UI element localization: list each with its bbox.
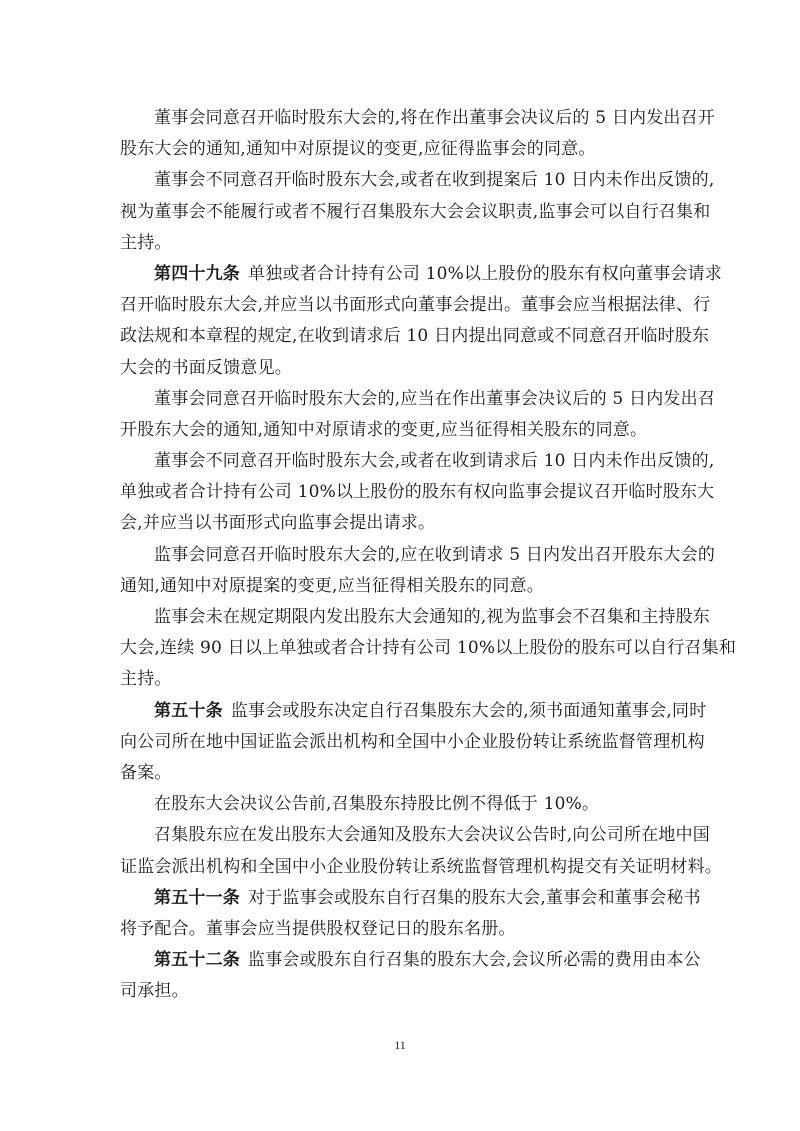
text-line: 开股东大会的通知,通知中对原请求的变更,应当征得相关股东的同意。 [120, 415, 685, 446]
article-text: 单独或者合计持有公司 10%以上股份的股东有权向董事会请求 [248, 264, 722, 284]
text-line: 董事会同意召开临时股东大会的,将在作出董事会决议后的 5 日内发出召开 [120, 103, 685, 134]
text-line: 主持。 [120, 664, 685, 695]
text-line: 主持。 [120, 228, 685, 259]
text-line: 第五十二条监事会或股东自行召集的股东大会,会议所必需的费用由本公 [120, 945, 685, 976]
paragraph: 在股东大会决议公告前,召集股东持股比例不得低于 10%。 [120, 789, 685, 820]
paragraph: 董事会同意召开临时股东大会的,将在作出董事会决议后的 5 日内发出召开 股东大会… [120, 103, 685, 165]
text-line: 向公司所在地中国证监会派出机构和全国中小企业股份转让系统监督管理机构 [120, 727, 685, 758]
paragraph: 监事会未在规定期限内发出股东大会通知的,视为监事会不召集和主持股东 大会,连续 … [120, 602, 685, 696]
text-line: 监事会同意召开临时股东大会的,应在收到请求 5 日内发出召开股东大会的 [120, 540, 685, 571]
text-line: 召开临时股东大会,并应当以书面形式向董事会提出。董事会应当根据法律、行 [120, 290, 685, 321]
text-line: 政法规和本章程的规定,在收到请求后 10 日内提出同意或不同意召开临时股东 [120, 321, 685, 352]
article-text: 监事会或股东自行召集的股东大会,会议所必需的费用由本公 [248, 950, 701, 970]
text-line: 第四十九条单独或者合计持有公司 10%以上股份的股东有权向董事会请求 [120, 259, 685, 290]
text-line: 召集股东应在发出股东大会通知及股东大会决议公告时,向公司所在地中国 [120, 820, 685, 851]
text-line: 董事会不同意召开临时股东大会,或者在收到请求后 10 日内未作出反馈的, [120, 446, 685, 477]
text-line: 董事会不同意召开临时股东大会,或者在收到提案后 10 日内未作出反馈的, [120, 165, 685, 196]
text-line: 视为董事会不能履行或者不履行召集股东大会会议职责,监事会可以自行召集和 [120, 197, 685, 228]
text-line: 单独或者合计持有公司 10%以上股份的股东有权向监事会提议召开临时股东大 [120, 477, 685, 508]
text-line: 董事会同意召开临时股东大会的,应当在作出董事会决议后的 5 日内发出召 [120, 384, 685, 415]
article-50: 第五十条监事会或股东决定自行召集股东大会的,须书面通知董事会,同时 向公司所在地… [120, 696, 685, 790]
article-49: 第四十九条单独或者合计持有公司 10%以上股份的股东有权向董事会请求 召开临时股… [120, 259, 685, 384]
document-body: 董事会同意召开临时股东大会的,将在作出董事会决议后的 5 日内发出召开 股东大会… [120, 103, 685, 1007]
article-52: 第五十二条监事会或股东自行召集的股东大会,会议所必需的费用由本公 司承担。 [120, 945, 685, 1007]
text-line: 第五十一条对于监事会或股东自行召集的股东大会,董事会和董事会秘书 [120, 883, 685, 914]
text-line: 监事会未在规定期限内发出股东大会通知的,视为监事会不召集和主持股东 [120, 602, 685, 633]
page-number: 11 [0, 1038, 800, 1053]
article-number: 第五十一条 [154, 888, 240, 908]
text-line: 大会的书面反馈意见。 [120, 353, 685, 384]
text-line: 大会,连续 90 日以上单独或者合计持有公司 10%以上股份的股东可以自行召集和 [120, 633, 685, 664]
text-line: 备案。 [120, 758, 685, 789]
paragraph: 召集股东应在发出股东大会通知及股东大会决议公告时,向公司所在地中国 证监会派出机… [120, 820, 685, 882]
paragraph: 董事会不同意召开临时股东大会,或者在收到提案后 10 日内未作出反馈的, 视为董… [120, 165, 685, 259]
paragraph: 监事会同意召开临时股东大会的,应在收到请求 5 日内发出召开股东大会的 通知,通… [120, 540, 685, 602]
article-text: 监事会或股东决定自行召集股东大会的,须书面通知董事会,同时 [231, 701, 707, 721]
article-number: 第五十条 [154, 701, 223, 721]
text-line: 司承担。 [120, 976, 685, 1007]
document-page: 董事会同意召开临时股东大会的,将在作出董事会决议后的 5 日内发出召开 股东大会… [0, 0, 800, 1131]
paragraph: 董事会不同意召开临时股东大会,或者在收到请求后 10 日内未作出反馈的, 单独或… [120, 446, 685, 540]
text-line: 第五十条监事会或股东决定自行召集股东大会的,须书面通知董事会,同时 [120, 696, 685, 727]
article-number: 第四十九条 [154, 264, 240, 284]
text-line: 证监会派出机构和全国中小企业股份转让系统监督管理机构提交有关证明材料。 [120, 852, 685, 883]
text-line: 在股东大会决议公告前,召集股东持股比例不得低于 10%。 [120, 789, 685, 820]
text-line: 通知,通知中对原提案的变更,应当征得相关股东的同意。 [120, 571, 685, 602]
article-number: 第五十二条 [154, 950, 240, 970]
text-line: 会,并应当以书面形式向监事会提出请求。 [120, 508, 685, 539]
article-51: 第五十一条对于监事会或股东自行召集的股东大会,董事会和董事会秘书 将予配合。董事… [120, 883, 685, 945]
paragraph: 董事会同意召开临时股东大会的,应当在作出董事会决议后的 5 日内发出召 开股东大… [120, 384, 685, 446]
text-line: 将予配合。董事会应当提供股权登记日的股东名册。 [120, 914, 685, 945]
text-line: 股东大会的通知,通知中对原提议的变更,应征得监事会的同意。 [120, 134, 685, 165]
article-text: 对于监事会或股东自行召集的股东大会,董事会和董事会秘书 [248, 888, 701, 908]
